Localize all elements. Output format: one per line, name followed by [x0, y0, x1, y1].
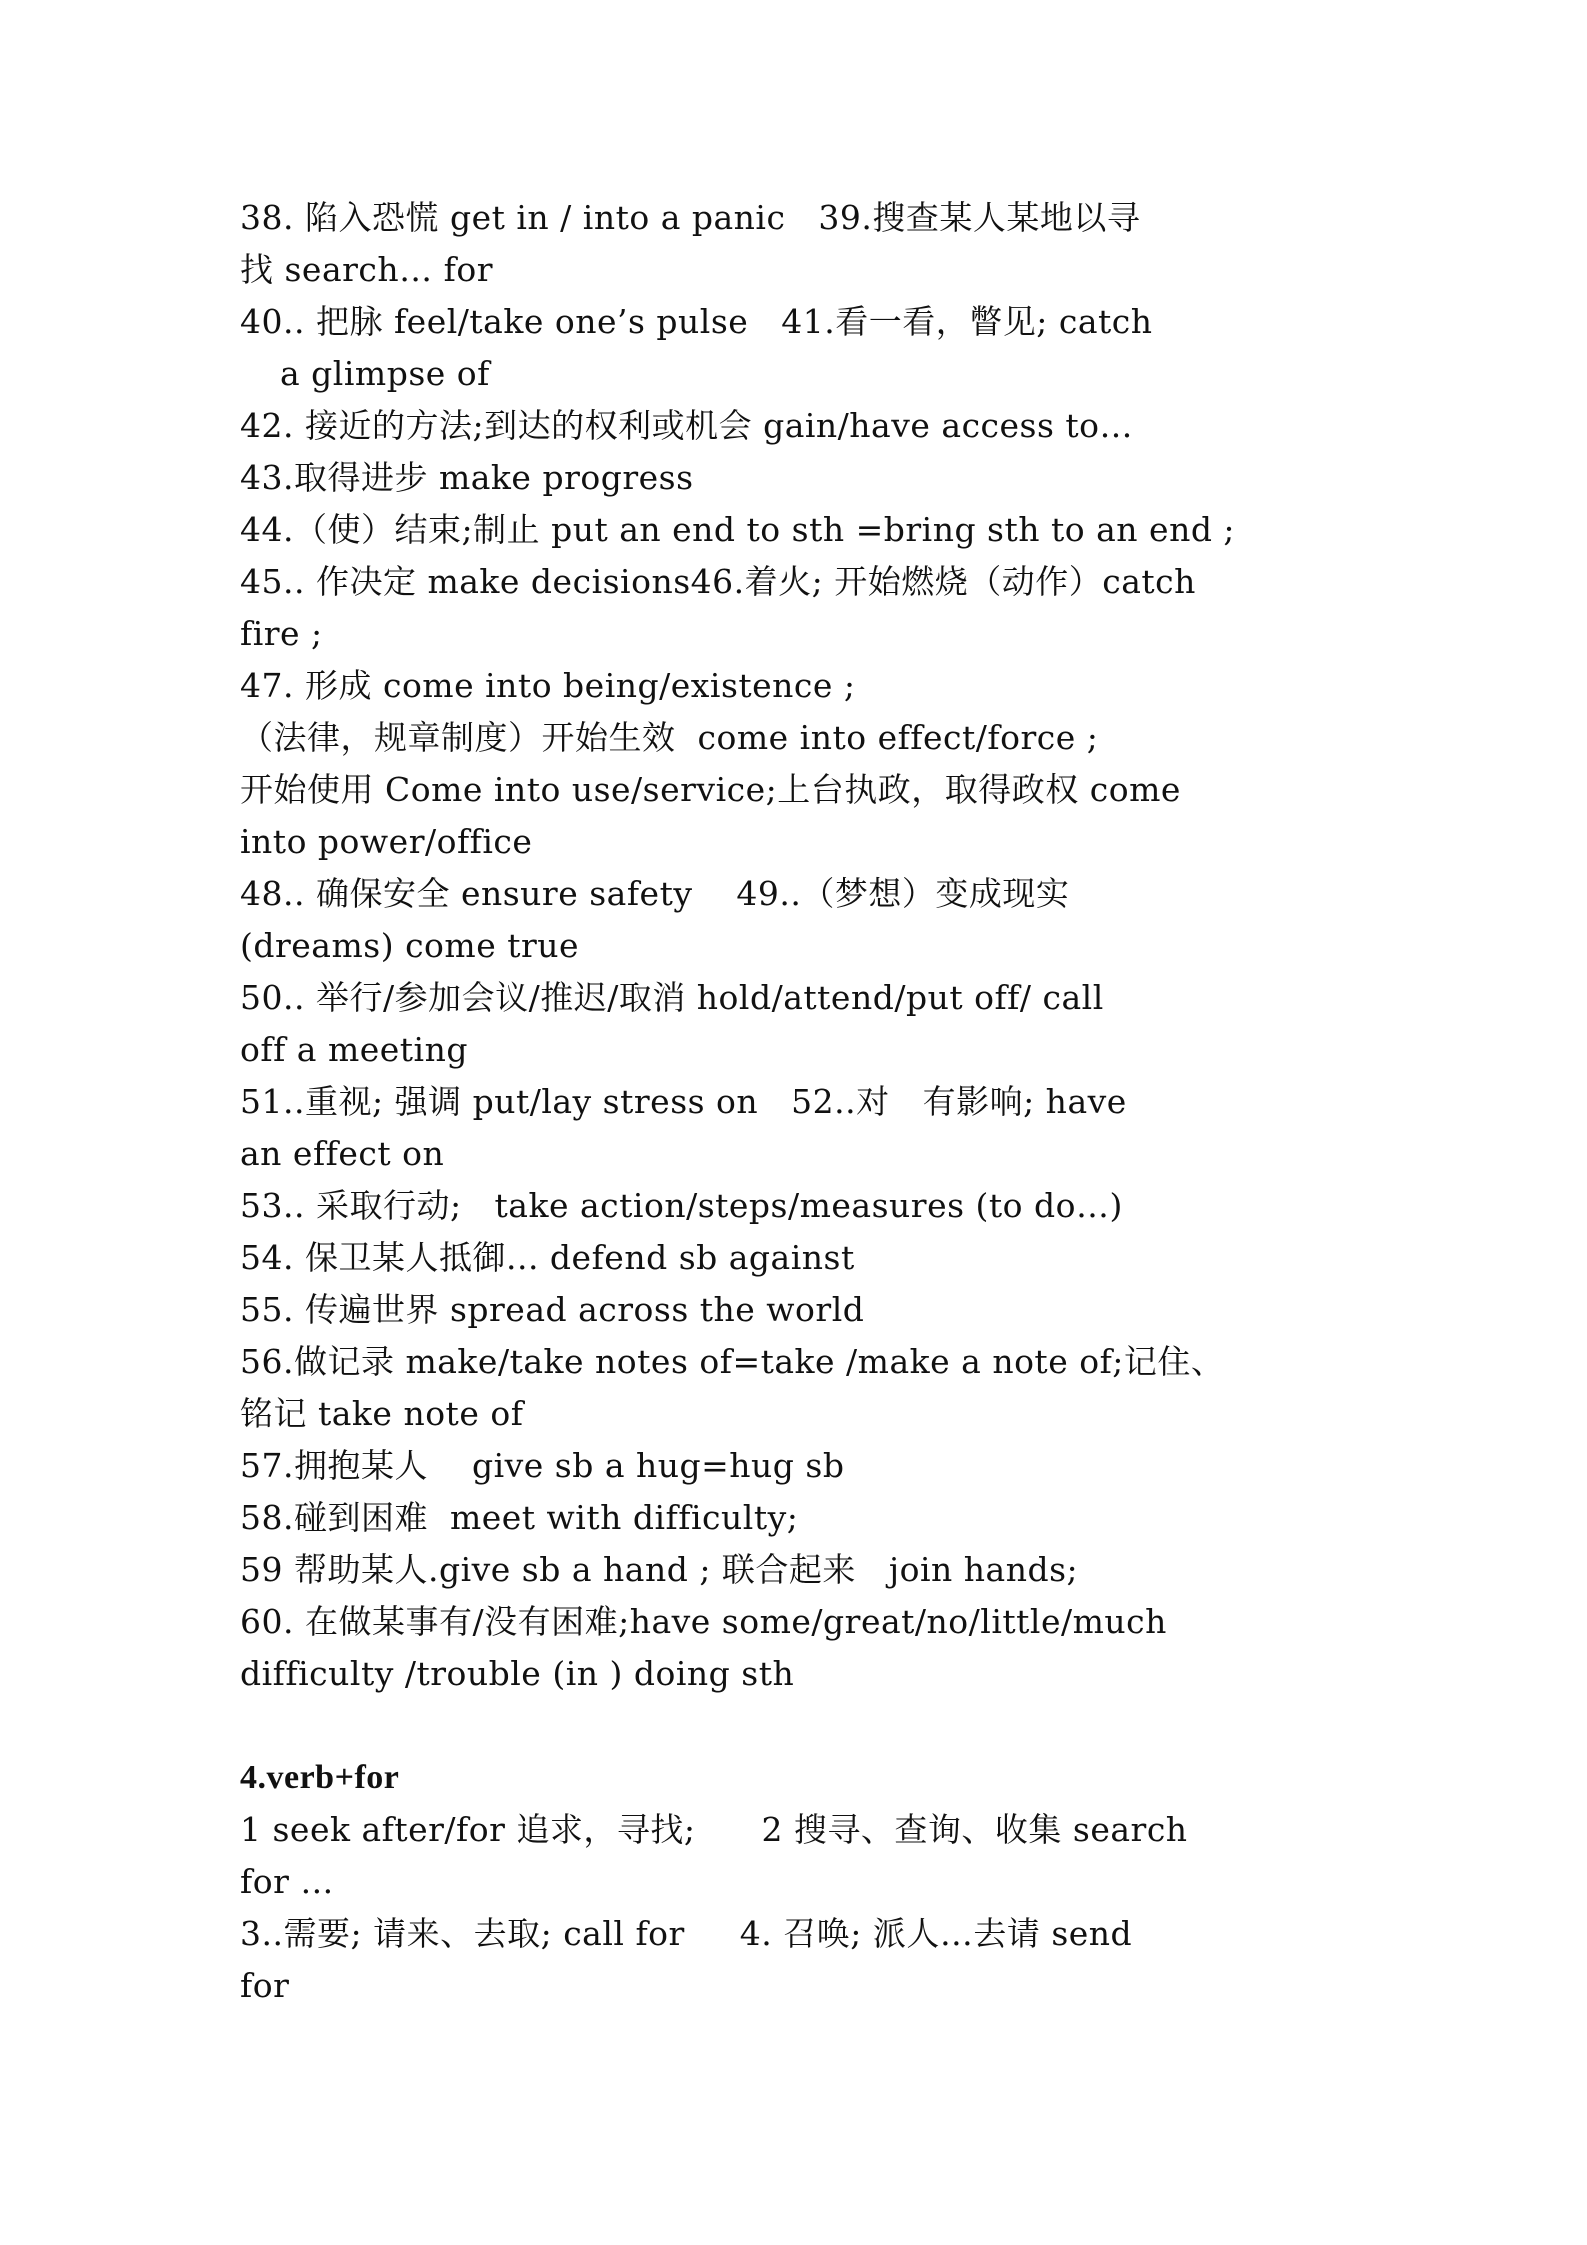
- text-line: 53.. 采取行动; take action/steps/measures (t…: [240, 1180, 1360, 1232]
- text-line: difficulty /trouble (in ) doing sth: [240, 1648, 1360, 1700]
- text-line: 铭记 take note of: [240, 1388, 1360, 1440]
- text-line: for: [240, 1960, 1360, 2012]
- text-line: 48.. 确保安全 ensure safety 49..（梦想）变成现实: [240, 868, 1360, 920]
- text-line: into power/office: [240, 816, 1360, 868]
- text-line: a glimpse of: [240, 348, 1360, 400]
- text-line: 1 seek after/for 追求，寻找; 2 搜寻、查询、收集 searc…: [240, 1804, 1360, 1856]
- text-line: 57.拥抱某人 give sb a hug=hug sb: [240, 1440, 1360, 1492]
- text-line: 60. 在做某事有/没有困难;have some/great/no/little…: [240, 1596, 1360, 1648]
- text-line: 55. 传遍世界 spread across the world: [240, 1284, 1360, 1336]
- text-line: 3..需要; 请来、去取; call for 4. 召唤; 派人…去请 send: [240, 1908, 1360, 1960]
- text-line: 59 帮助某人.give sb a hand ; 联合起来 join hands…: [240, 1544, 1360, 1596]
- text-line: 42. 接近的方法;到达的权利或机会 gain/have access to…: [240, 400, 1360, 452]
- text-line: an effect on: [240, 1128, 1360, 1180]
- text-line: 47. 形成 come into being/existence ;: [240, 660, 1360, 712]
- text-line: (dreams) come true: [240, 920, 1360, 972]
- blank-line: [240, 1700, 1360, 1752]
- text-line: 44.（使）结束;制止 put an end to sth =bring sth…: [240, 504, 1360, 556]
- text-line: 50.. 举行/参加会议/推迟/取消 hold/attend/put off/ …: [240, 972, 1360, 1024]
- document-page: 38. 陷入恐慌 get in / into a panic 39.搜查某人某地…: [240, 192, 1360, 2012]
- section-heading: 4.verb+for: [240, 1752, 1360, 1804]
- text-line: 38. 陷入恐慌 get in / into a panic 39.搜查某人某地…: [240, 192, 1360, 244]
- text-line: 40.. 把脉 feel/take one’s pulse 41.看一看，瞥见;…: [240, 296, 1360, 348]
- text-line: （法律，规章制度）开始生效 come into effect/force ;: [240, 712, 1360, 764]
- text-line: for …: [240, 1856, 1360, 1908]
- text-line: 56.做记录 make/take notes of=take /make a n…: [240, 1336, 1360, 1388]
- text-line: 58.碰到困难 meet with difficulty;: [240, 1492, 1360, 1544]
- text-line: 54. 保卫某人抵御... defend sb against: [240, 1232, 1360, 1284]
- text-line: 43.取得进步 make progress: [240, 452, 1360, 504]
- text-line: 找 search… for: [240, 244, 1360, 296]
- text-line: fire ;: [240, 608, 1360, 660]
- text-line: 45.. 作决定 make decisions46.着火; 开始燃烧（动作）ca…: [240, 556, 1360, 608]
- text-line: 开始使用 Come into use/service;上台执政，取得政权 com…: [240, 764, 1360, 816]
- text-line: off a meeting: [240, 1024, 1360, 1076]
- text-line: 51..重视; 强调 put/lay stress on 52..对 有影响; …: [240, 1076, 1360, 1128]
